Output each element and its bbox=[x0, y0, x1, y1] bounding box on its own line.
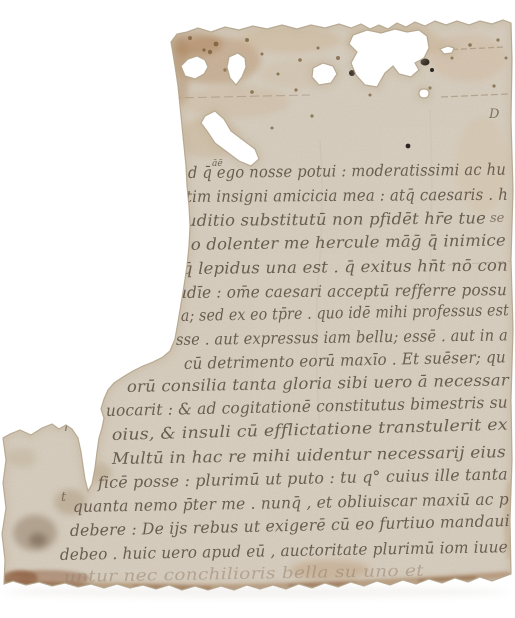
manuscript-line: d q̄ ego nosse potui : moderatissimi ac … bbox=[188, 160, 506, 182]
manuscript-line: uditio substitutū non pfidēt hr̄e tue bbox=[186, 208, 486, 230]
superscript-abbreviation-mark: āē bbox=[212, 159, 223, 169]
ink-smudge-letters: se bbox=[490, 211, 505, 226]
torn-edge-letter-fragment: t bbox=[61, 490, 67, 505]
manuscript-line: udīe : om̄e caesari acceptū refferre pos… bbox=[177, 280, 507, 302]
manuscript-photo: d q̄ ego nosse potui : moderatissimi ac … bbox=[0, 0, 515, 618]
parchment-surface: d q̄ ego nosse potui : moderatissimi ac … bbox=[0, 0, 515, 618]
manuscript-line: tim insigni amicicia mea : atq̄ caesaris… bbox=[186, 185, 508, 206]
manuscript-line: q̄ lepidus una est . q̄ exitus hn̄t nō c… bbox=[182, 256, 508, 278]
photo-canvas: d q̄ ego nosse potui : moderatissimi ac … bbox=[0, 0, 515, 618]
stray-letter-mark: D bbox=[488, 107, 500, 122]
